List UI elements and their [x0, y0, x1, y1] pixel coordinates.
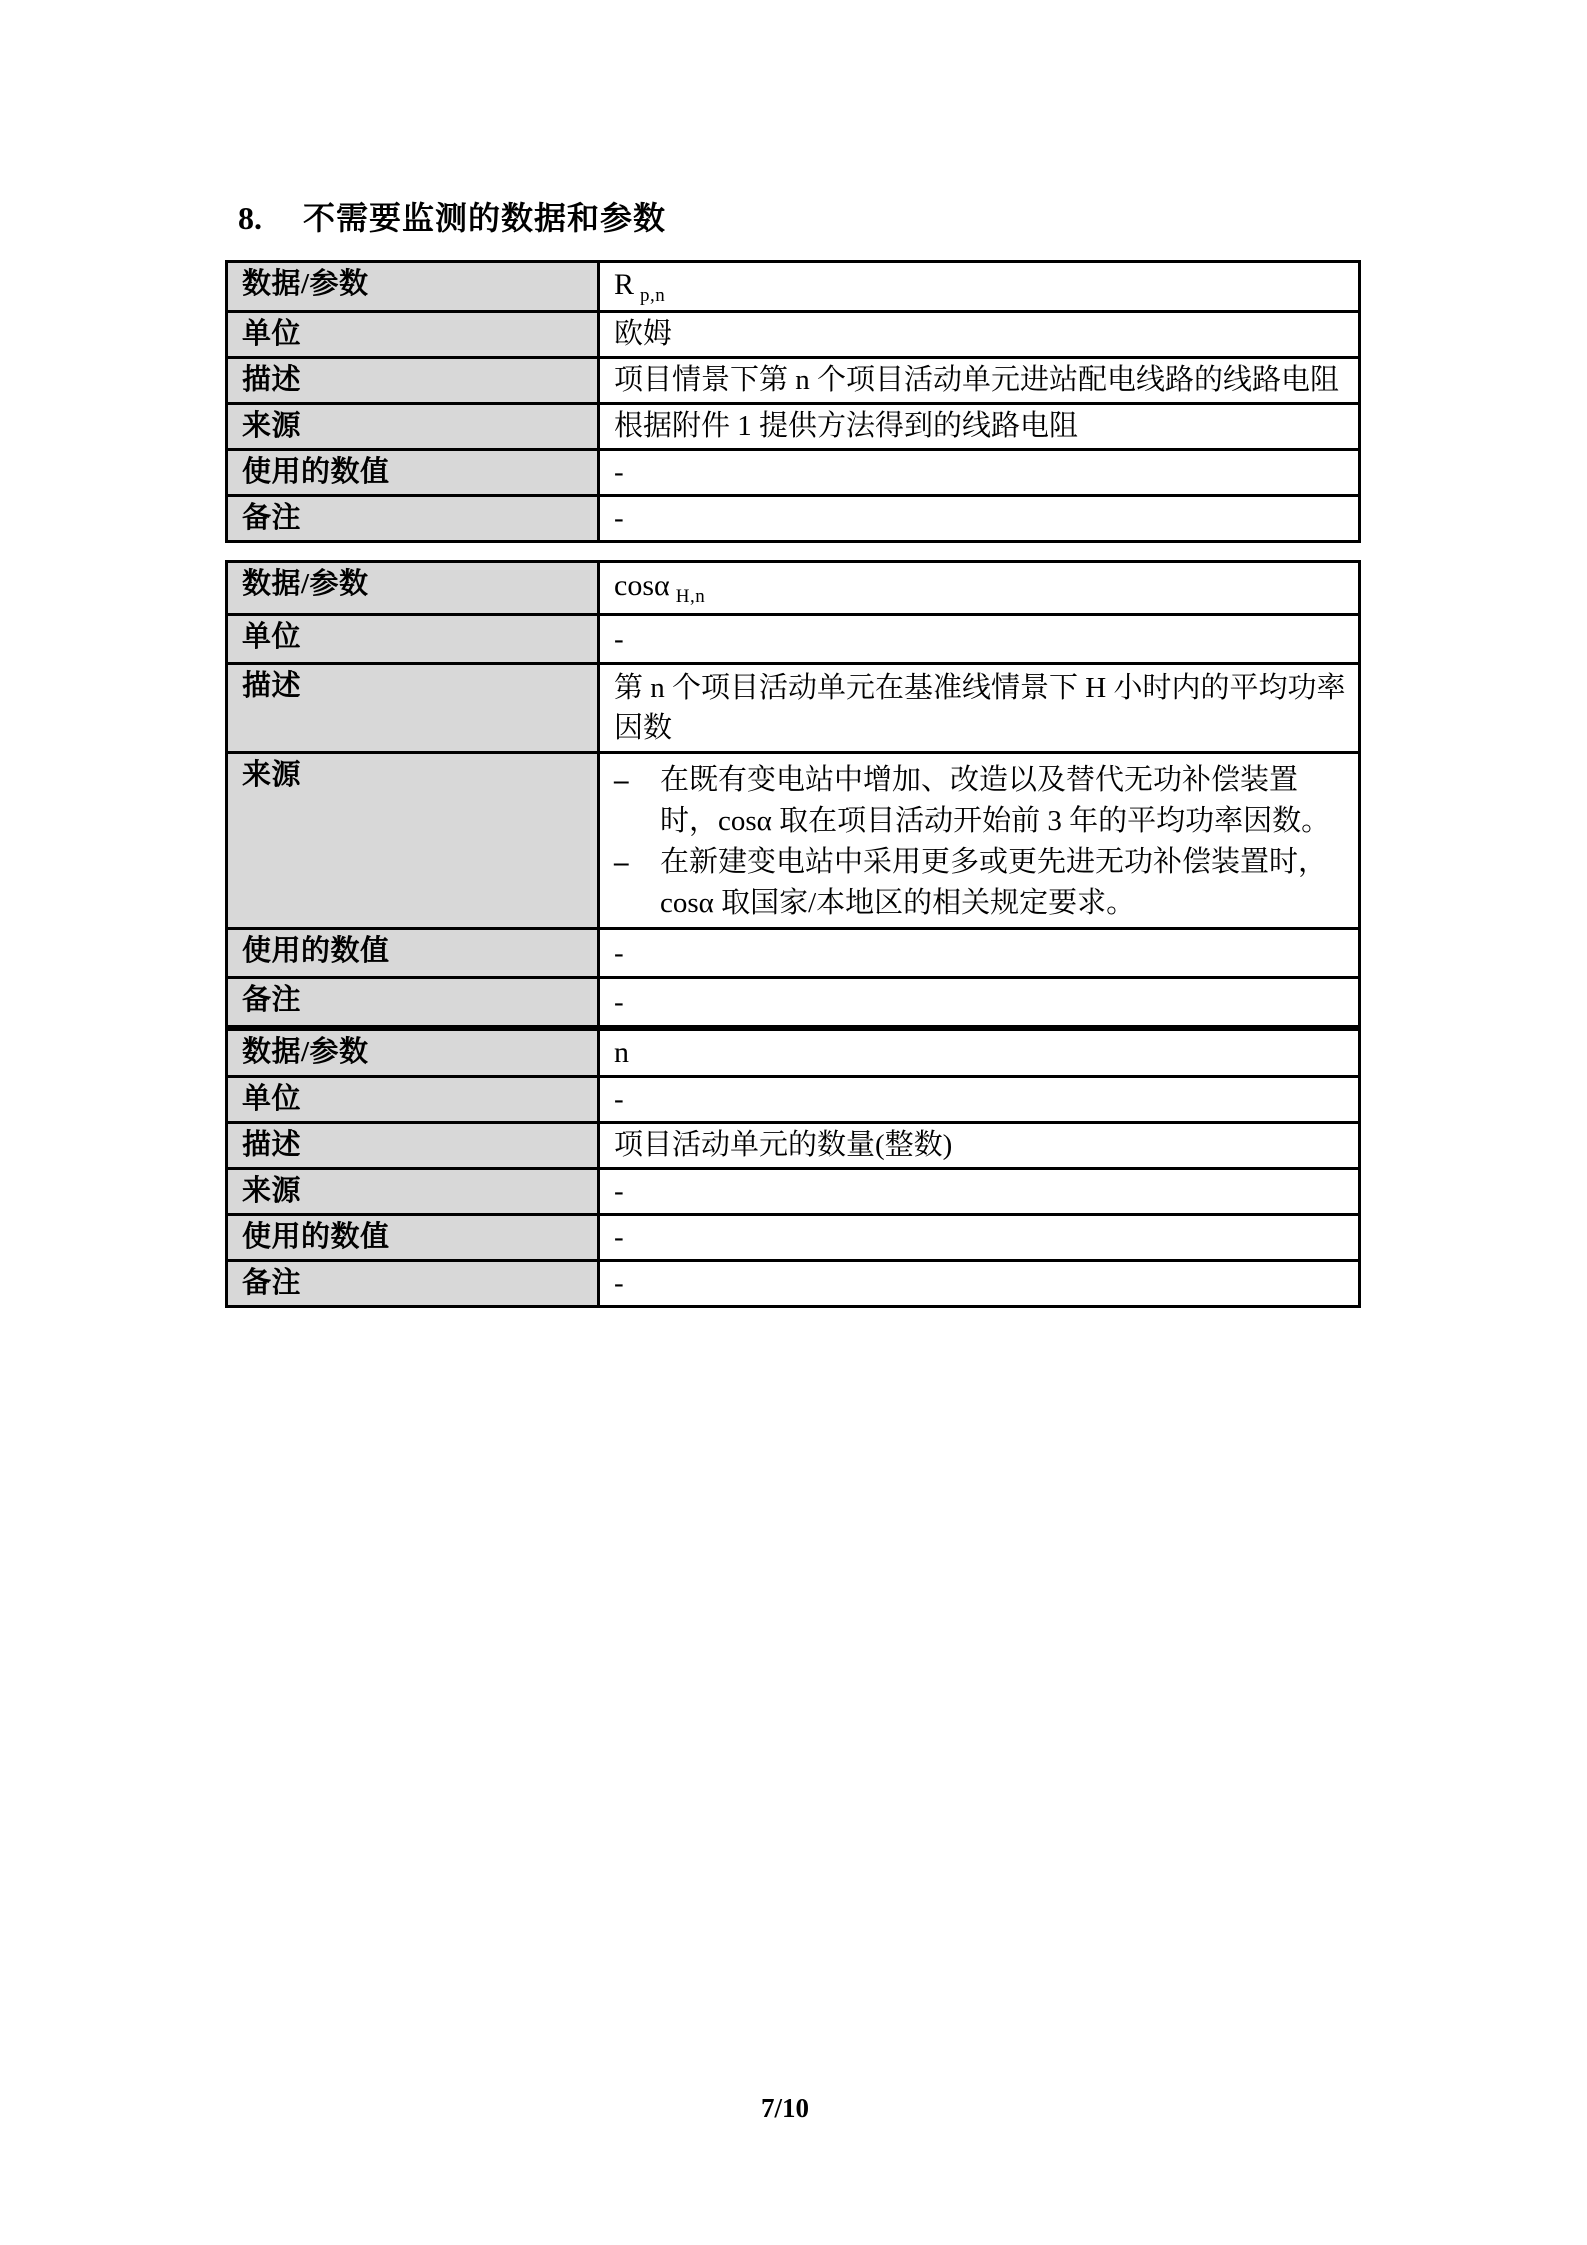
row-label: 备注 [227, 496, 599, 542]
row-value: – 在既有变电站中增加、改造以及替代无功补偿装置时，cosα 取在项目活动开始前… [599, 753, 1360, 929]
section-title: 不需要监测的数据和参数 [303, 193, 666, 239]
parameter-symbol: R [614, 268, 634, 301]
row-label: 描述 [227, 1123, 599, 1169]
table-row: 备注 - [227, 496, 1360, 542]
parameter-subscript: p,n [640, 285, 665, 306]
dash-bullet-marker: – [614, 760, 660, 801]
row-label: 数据/参数 [227, 262, 599, 312]
source-bullet: – 在既有变电站中增加、改造以及替代无功补偿装置时，cosα 取在项目活动开始前… [614, 760, 1348, 842]
parameter-table-rpn: 数据/参数 Rp,n 单位 欧姆 描述 项目情景下第 n 个项目活动单元进站配电… [225, 260, 1361, 543]
source-bullet: – 在新建变电站中采用更多或更先进无功补偿装置时，cosα 取国家/本地区的相关… [614, 842, 1348, 924]
document-page: 8.不需要监测的数据和参数 数据/参数 Rp,n 单位 欧姆 描述 项目情景下第… [0, 0, 1587, 2245]
row-label: 使用的数值 [227, 1215, 599, 1261]
parameter-table-cosa: 数据/参数 cosαH,n 单位 - 描述 第 n 个项目活动单元在基准线情景下… [225, 560, 1361, 1028]
bullet-text: 在新建变电站中采用更多或更先进无功补偿装置时，cosα 取国家/本地区的相关规定… [660, 842, 1348, 924]
table-row: 单位 欧姆 [227, 312, 1360, 358]
parameter-symbol: n [614, 1036, 629, 1069]
row-value: - [599, 450, 1360, 496]
table-row: 使用的数值 - [227, 929, 1360, 978]
row-label: 使用的数值 [227, 929, 599, 978]
table-row: 数据/参数 n [227, 1030, 1360, 1077]
row-value: - [599, 929, 1360, 978]
table-row: 描述 项目活动单元的数量(整数) [227, 1123, 1360, 1169]
row-value: 第 n 个项目活动单元在基准线情景下 H 小时内的平均功率因数 [599, 664, 1360, 753]
section-heading: 8.不需要监测的数据和参数 [238, 193, 666, 239]
table-row: 数据/参数 cosαH,n [227, 562, 1360, 615]
row-label: 备注 [227, 978, 599, 1027]
row-value: 根据附件 1 提供方法得到的线路电阻 [599, 404, 1360, 450]
row-label: 来源 [227, 1169, 599, 1215]
row-value: n [599, 1030, 1360, 1077]
row-value: - [599, 496, 1360, 542]
table-row: 单位 - [227, 1077, 1360, 1123]
page-number: 7/10 [0, 2093, 1570, 2124]
row-label: 单位 [227, 1077, 599, 1123]
dash-bullet-marker: – [614, 842, 660, 883]
row-value: - [599, 1169, 1360, 1215]
row-label: 来源 [227, 753, 599, 929]
row-value: - [599, 1215, 1360, 1261]
row-label: 单位 [227, 615, 599, 664]
row-label: 使用的数值 [227, 450, 599, 496]
row-label: 来源 [227, 404, 599, 450]
table-row: 数据/参数 Rp,n [227, 262, 1360, 312]
row-value: - [599, 1077, 1360, 1123]
row-value: - [599, 978, 1360, 1027]
parameter-subscript: H,n [676, 586, 705, 607]
row-value: 项目活动单元的数量(整数) [599, 1123, 1360, 1169]
parameter-symbol: cosα [614, 569, 670, 602]
table-row: 来源 - [227, 1169, 1360, 1215]
row-label: 描述 [227, 358, 599, 404]
row-value: 项目情景下第 n 个项目活动单元进站配电线路的线路电阻 [599, 358, 1360, 404]
parameter-table-n: 数据/参数 n 单位 - 描述 项目活动单元的数量(整数) 来源 - 使用的数值… [225, 1028, 1361, 1308]
row-label: 数据/参数 [227, 562, 599, 615]
row-value: - [599, 1261, 1360, 1307]
table-row: 来源 – 在既有变电站中增加、改造以及替代无功补偿装置时，cosα 取在项目活动… [227, 753, 1360, 929]
table-row: 描述 项目情景下第 n 个项目活动单元进站配电线路的线路电阻 [227, 358, 1360, 404]
table-row: 描述 第 n 个项目活动单元在基准线情景下 H 小时内的平均功率因数 [227, 664, 1360, 753]
row-value: Rp,n [599, 262, 1360, 312]
row-label: 描述 [227, 664, 599, 753]
row-label: 单位 [227, 312, 599, 358]
table-row: 来源 根据附件 1 提供方法得到的线路电阻 [227, 404, 1360, 450]
table-row: 使用的数值 - [227, 450, 1360, 496]
row-value: cosαH,n [599, 562, 1360, 615]
table-row: 单位 - [227, 615, 1360, 664]
row-value: - [599, 615, 1360, 664]
row-label: 数据/参数 [227, 1030, 599, 1077]
row-label: 备注 [227, 1261, 599, 1307]
table-row: 使用的数值 - [227, 1215, 1360, 1261]
table-row: 备注 - [227, 1261, 1360, 1307]
row-value: 欧姆 [599, 312, 1360, 358]
section-number: 8. [238, 200, 262, 237]
bullet-text: 在既有变电站中增加、改造以及替代无功补偿装置时，cosα 取在项目活动开始前 3… [660, 760, 1348, 842]
table-row: 备注 - [227, 978, 1360, 1027]
